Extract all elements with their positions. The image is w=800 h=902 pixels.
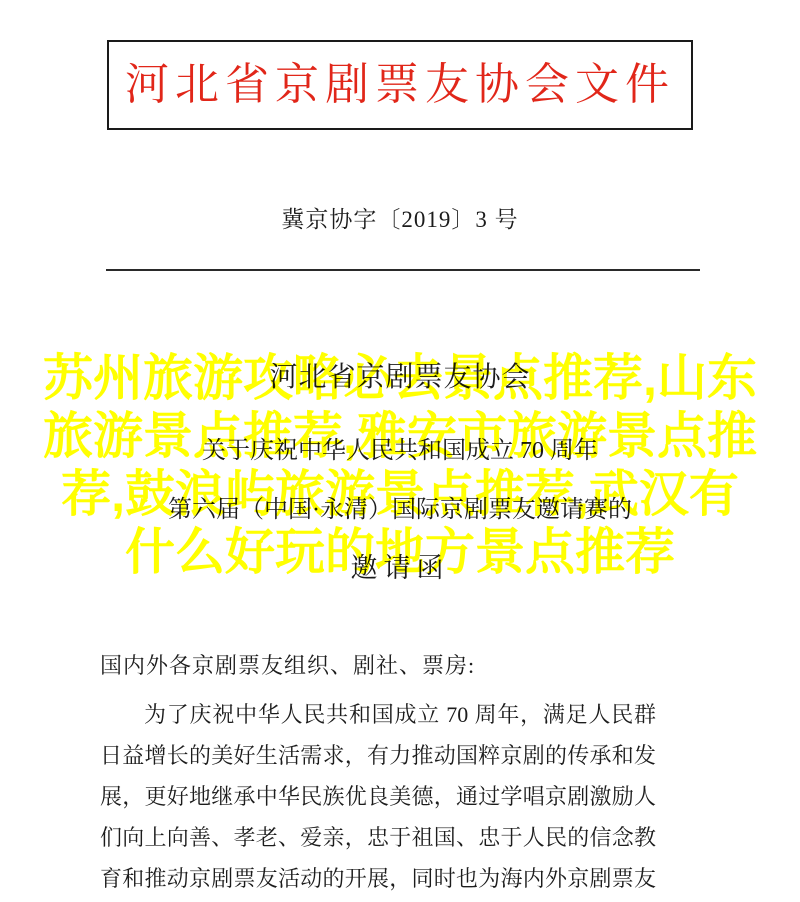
letterhead-box: 河北省京剧票友协会文件 (107, 40, 693, 130)
paragraph-line: 育和推动京剧票友活动的开展，同时也为海内外京剧票友 (100, 858, 656, 899)
scanned-document-page: 河北省京剧票友协会文件 冀京协字〔2019〕3 号 河北省京剧票友协会 关于庆祝… (0, 0, 800, 902)
subject-line-2: 第六届（中国·永清）国际京剧票友邀请赛的 (0, 489, 800, 524)
paragraph-line: 们向上向善、孝老、爱亲，忠于祖国、忠于人民的信念教 (100, 817, 656, 858)
letterhead-title: 河北省京剧票友协会文件 (125, 63, 675, 107)
document-number: 冀京协字〔2019〕3 号 (0, 201, 800, 234)
header-rule (106, 269, 700, 271)
organization-title: 河北省京剧票友协会 (0, 355, 800, 395)
paragraph-line: 日益增长的美好生活需求，有力推动国粹京剧的传承和发 (100, 735, 656, 776)
paragraph-line: 展，更好地继承中华民族优良美德，通过学唱京剧激励人 (100, 776, 656, 817)
salutation: 国内外各京剧票友组织、剧社、票房: (100, 649, 475, 680)
subject-line-1: 关于庆祝中华人民共和国成立 70 周年 (0, 430, 800, 465)
invitation-title: 邀请函 (0, 546, 800, 585)
body-paragraph: 为了庆祝中华人民共和国成立 70 周年，满足人民群众 日益增长的美好生活需求，有… (100, 694, 656, 899)
paragraph-line: 为了庆祝中华人民共和国成立 70 周年，满足人民群众 (100, 694, 656, 735)
